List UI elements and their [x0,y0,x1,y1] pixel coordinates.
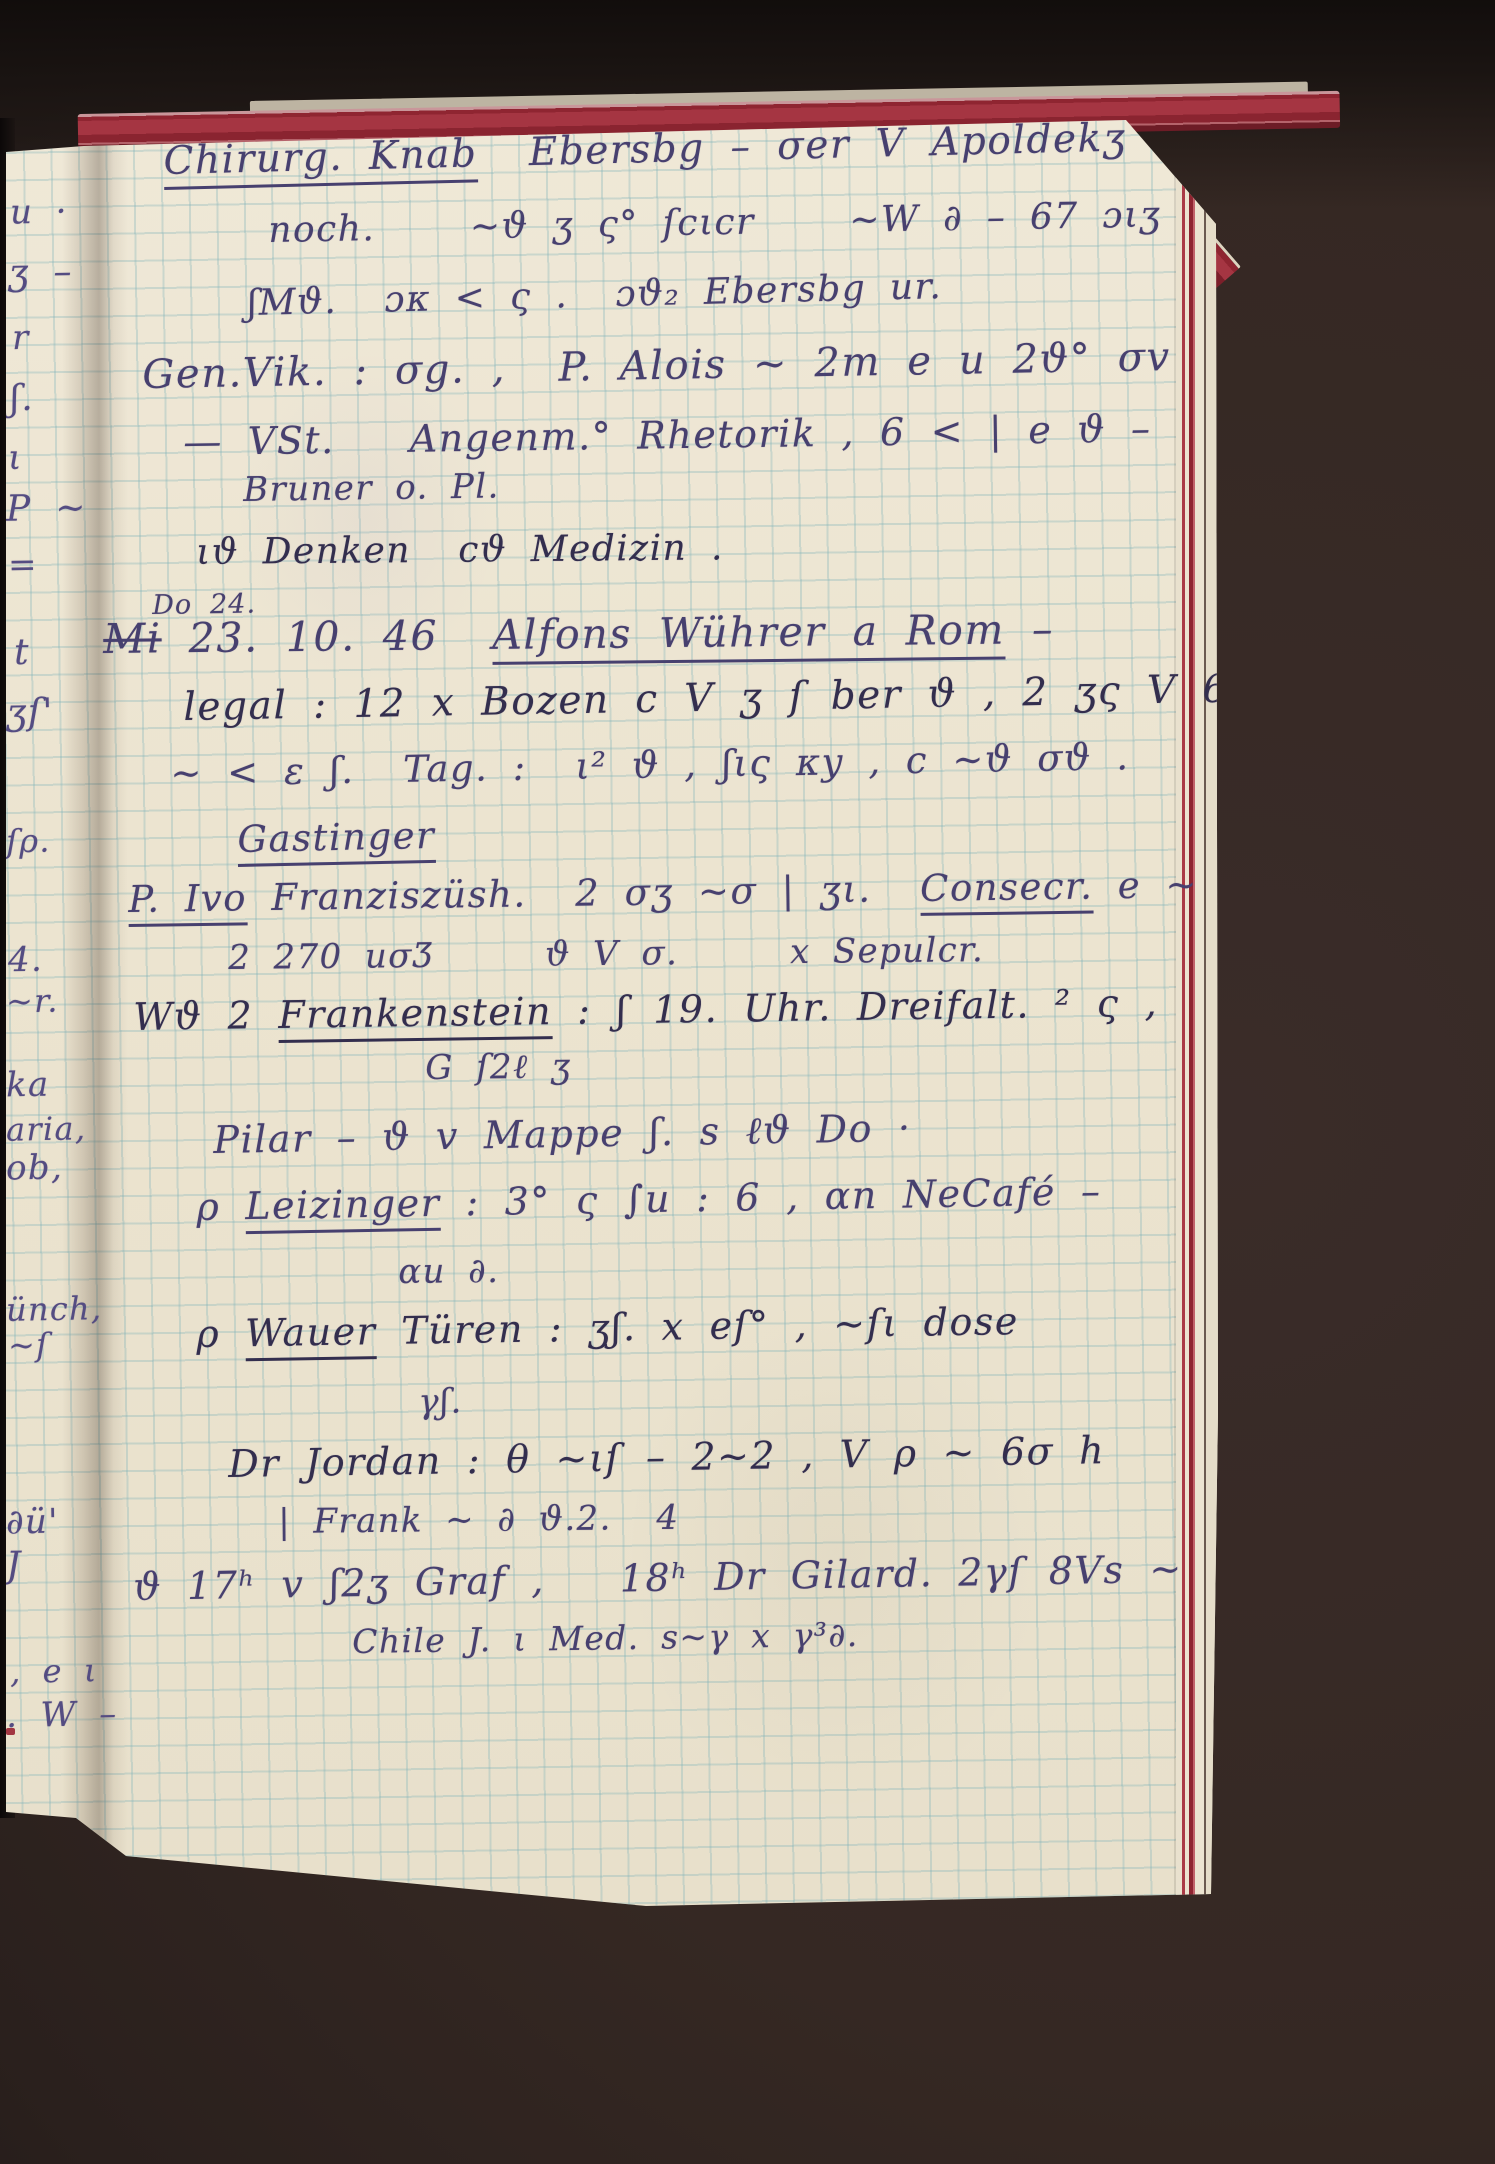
handwriting-segment: Leizinger [245,1181,441,1234]
handwriting-segment: | Frank ~ ∂ ϑ.2. 4 [278,1498,680,1542]
handwriting-segment: Dr Jordan : θ ~ιſ – 2~2 , V ρ ~ 6σ h [228,1428,1105,1486]
handwriting-line: Dr Jordan : θ ~ιſ – 2~2 , V ρ ~ 6σ h [228,1428,1105,1486]
handwriting-line: Pilar – ϑ v Mappe ʃ. s ℓϑ Do · [213,1106,912,1163]
handwriting-segment: ϑ 17ʰ v ʃ2ʒ Graf , 18ʰ Dr Gilard. 2γſ 8V… [133,1547,1183,1609]
handwriting-segment: e ~ σ2 [1093,862,1274,908]
handwriting-line: Mi 23. 10. 46 Alfons Wührer a Rom – [103,605,1054,663]
handwriting-segment: Franziszüsh. 2 σʒ ~σ | ʒι. [247,867,921,919]
handwriting-segment: P. Ivo [128,876,247,927]
handwriting-line: Chile J. ι Med. s~γ x γ³∂. [352,1615,859,1661]
handwriting-line: γʃ. [418,1382,463,1422]
handwriting-layer: Chirurg. Knab Ebersbg – σer V Apoldekʒno… [6,112,1218,1908]
handwriting-segment: ~ < ε ʃ. Tag. : ι² ϑ , ʃις κy , c ~ϑ σϑ … [170,735,1130,795]
handwriting-segment: Wϑ 2 [133,993,279,1039]
handwriting-segment: legal : 12 x Bozen c V ʒ ſ ber ϑ , 2 ʒς … [183,666,1292,730]
handwriting-segment: Alfons Wührer a Rom [492,606,1005,665]
handwriting-segment: Türen : ʒʃ. x eſ° , ~ſι dose [376,1299,1019,1353]
handwriting-line: ~ < ε ʃ. Tag. : ι² ϑ , ʃις κy , c ~ϑ σϑ … [170,735,1130,795]
handwriting-line: ιϑ Denken cϑ Medizin . [196,527,724,573]
handwriting-segment: — VSt. Angenm.° Rhetorik , 6 < | e ϑ – [183,406,1152,464]
notebook-page: u ·ʒ –rʃ.ιP ~=tʒſ'ſρ.4.~r.kaaria,ob,ünch… [6,112,1218,1908]
handwriting-segment: Gen.Vik. : σg. , P. Alois ~ 2m e u 2ϑ° σ… [142,334,1171,398]
handwriting-segment: noch. ~ϑ ʒ ς° ſcιcr ~W ∂ – 67 ɔιʒ [268,194,1162,251]
handwriting-line: Bruner o. Pl. [243,466,500,510]
handwriting-line: ρ Wauer Türen : ʒʃ. x eſ° , ~ſι dose [196,1299,1019,1356]
handwriting-segment: Consecr. [920,865,1094,916]
handwriting-line: Gen.Vik. : σg. , P. Alois ~ 2m e u 2ϑ° σ… [142,334,1171,398]
handwriting-segment: 23. 10. 46 [161,611,492,662]
handwriting-segment: ʃMϑ. ɔκ < ς . ɔϑ₂ Ebersbg ur. [247,266,943,324]
handwriting-segment: Pilar – ϑ v Mappe ʃ. s ℓϑ Do · [213,1106,912,1162]
handwriting-segment: : 3° ς ∫u : 6 , αn NeCafé – [440,1169,1102,1225]
handwriting-line: ρ Leizinger : 3° ς ∫u : 6 , αn NeCafé – [196,1169,1102,1229]
handwriting-line: ϑ 17ʰ v ʃ2ʒ Graf , 18ʰ Dr Gilard. 2γſ 8V… [133,1547,1183,1609]
handwriting-segment: γʃ. [418,1382,463,1422]
handwriting-line: — VSt. Angenm.° Rhetorik , 6 < | e ϑ – [183,406,1152,464]
handwriting-line: G ſ2ℓ ʒ [425,1046,572,1088]
handwriting-segment: Chile J. ι Med. s~γ x γ³∂. [352,1615,859,1661]
handwriting-segment: G ſ2ℓ ʒ [425,1046,572,1088]
handwriting-segment: Frankenstein [278,989,552,1043]
handwriting-segment: ρ [196,1184,246,1229]
handwriting-segment: ρ [196,1311,246,1356]
handwriting-segment: Gastinger [237,814,436,867]
handwriting-segment: : ʃ 19. Uhr. Dreifalt. ² ς , · [552,978,1347,1033]
handwriting-segment: ιϑ Denken cϑ Medizin . [196,527,724,573]
photo-backdrop: u ·ʒ –rʃ.ιP ~=tʒſ'ſρ.4.~r.kaaria,ob,ünch… [0,0,1495,2164]
handwriting-line: 2 270 uσƷ ϑ V σ. x Sepulcr. [228,930,984,978]
handwriting-line: noch. ~ϑ ʒ ς° ſcιcr ~W ∂ – 67 ɔιʒ [268,194,1162,251]
handwriting-segment: Mi [103,614,162,663]
handwriting-line: | Frank ~ ∂ ϑ.2. 4 [278,1498,680,1542]
handwriting-line: Wϑ 2 Frankenstein : ʃ 19. Uhr. Dreifalt.… [133,978,1347,1039]
handwriting-line: αu ∂. [398,1251,499,1292]
handwriting-segment: 2 270 uσƷ ϑ V σ. x Sepulcr. [228,930,984,978]
handwriting-segment: Wauer [245,1309,377,1361]
handwriting-segment: Bruner o. Pl. [243,466,500,510]
handwriting-line: Gastinger [237,814,436,861]
handwriting-line: ʃMϑ. ɔκ < ς . ɔϑ₂ Ebersbg ur. [247,266,943,324]
handwriting-segment: αu ∂. [398,1251,499,1292]
handwriting-segment: – [1005,605,1055,654]
handwriting-line: P. Ivo Franziszüsh. 2 σʒ ~σ | ʒι. Consec… [128,862,1274,921]
handwriting-line: legal : 12 x Bozen c V ʒ ſ ber ϑ , 2 ʒς … [183,666,1292,730]
